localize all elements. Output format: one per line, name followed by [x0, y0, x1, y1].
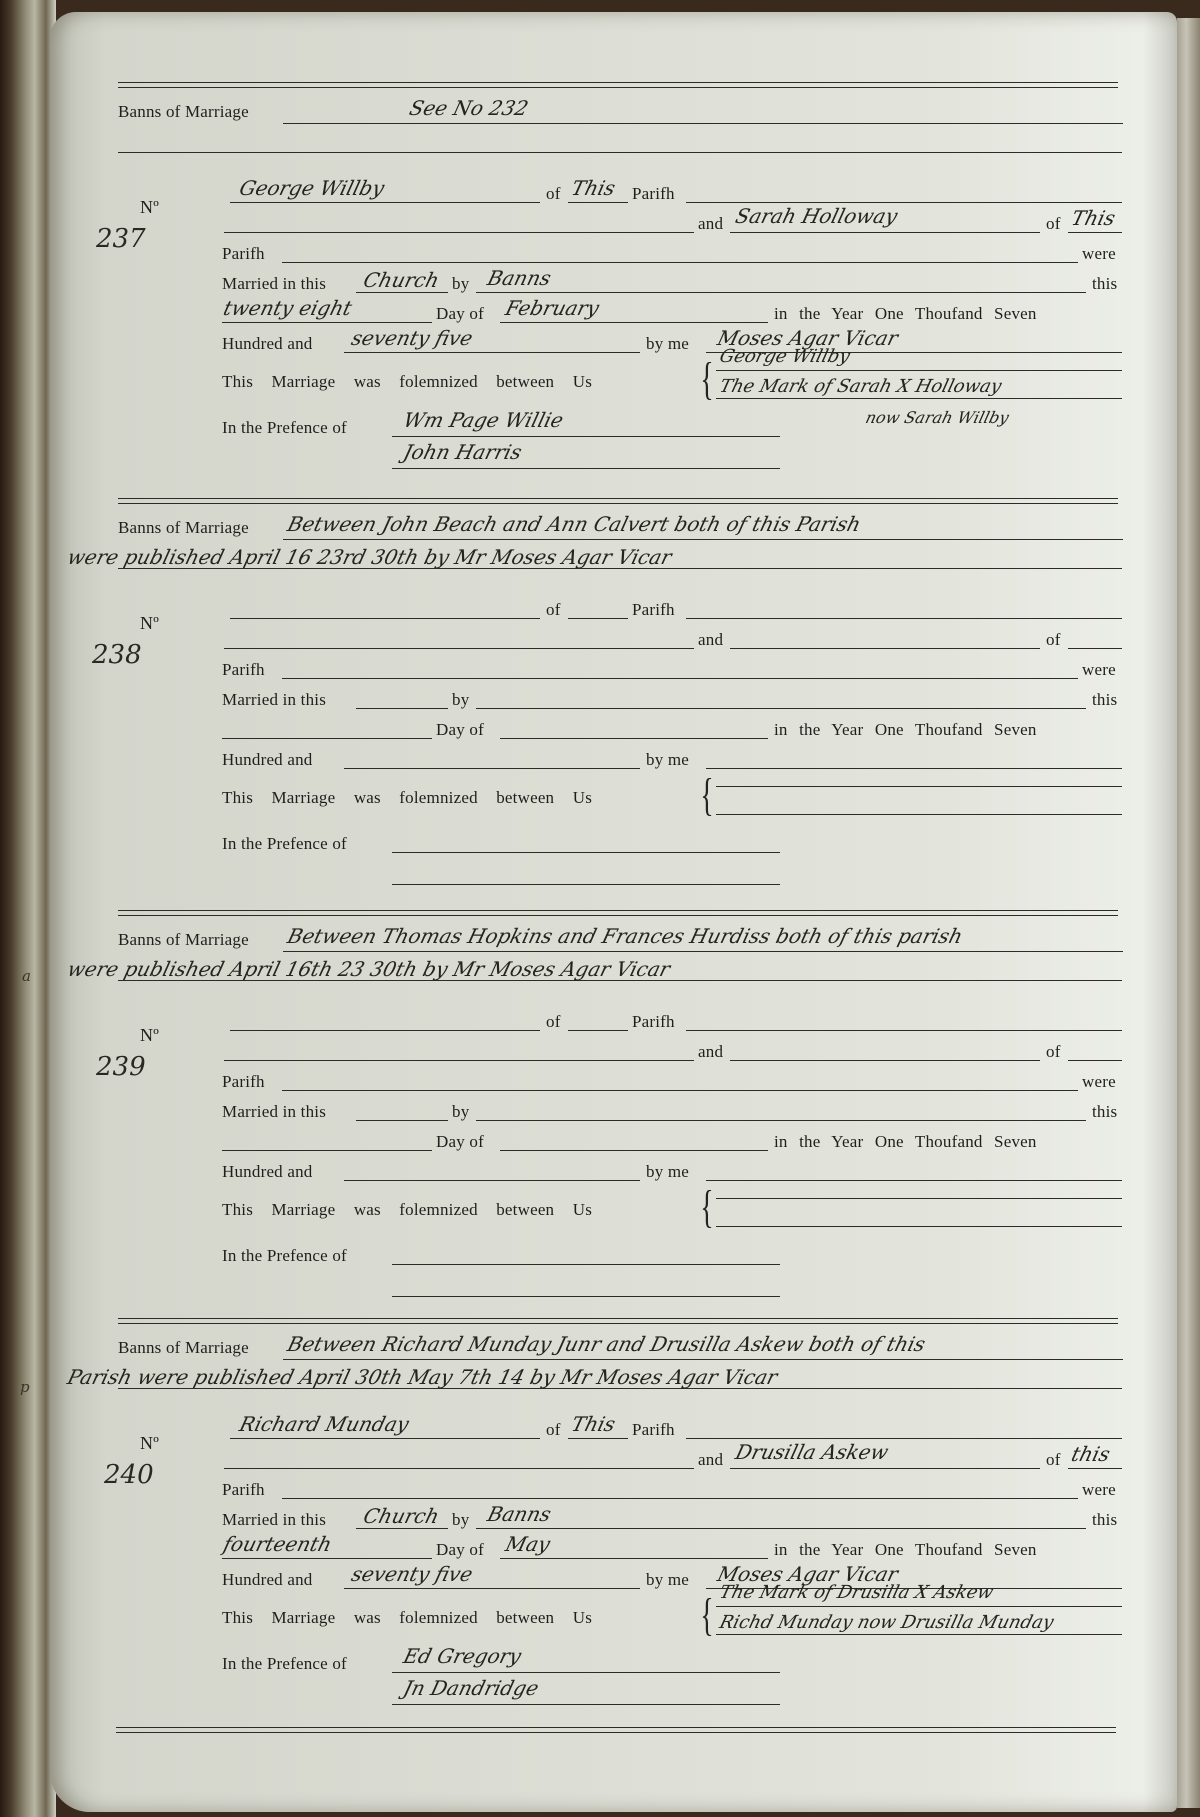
and-label: and — [698, 1450, 723, 1470]
entry-top-rule — [118, 910, 1118, 916]
of-label: of — [546, 1420, 561, 1440]
entry-number: 237 — [96, 224, 146, 254]
parish-label: Parifh — [632, 184, 675, 204]
married-in-line — [356, 708, 448, 709]
number-label: Nº — [140, 1025, 159, 1046]
by-label: by — [452, 1510, 469, 1530]
by-line — [476, 1120, 1086, 1121]
year-line — [344, 352, 640, 353]
month-line — [500, 1558, 768, 1559]
officiant-line — [706, 768, 1122, 769]
married-in-value[interactable]: Church — [361, 1504, 442, 1528]
banns-line-2 — [118, 152, 1122, 153]
witness-1[interactable]: Wm Page Willie — [401, 408, 566, 432]
year-label: in the Year One Thoufand Seven — [774, 1540, 1037, 1560]
entry-number: 239 — [96, 1052, 146, 1082]
by-label: by — [452, 1102, 469, 1122]
year-value[interactable]: seventy five — [349, 326, 475, 350]
by-label: by — [452, 274, 469, 294]
signature-line-2 — [716, 1634, 1122, 1635]
year-line — [344, 1180, 640, 1181]
bride-line — [730, 1060, 1040, 1061]
married-in-line — [356, 1528, 448, 1529]
bride-parish[interactable]: This — [1069, 206, 1118, 230]
signature-1[interactable]: George Willby — [717, 346, 852, 367]
groom-line-end — [686, 1438, 1122, 1439]
parish-label: Parifh — [222, 1072, 265, 1092]
groom-line — [230, 1438, 540, 1439]
this-label: this — [1092, 274, 1117, 294]
year-label: in the Year One Thoufand Seven — [774, 720, 1037, 740]
by-me-label: by me — [646, 1162, 689, 1182]
banns-note[interactable]: Between John Beach and Ann Calvert both … — [285, 512, 863, 536]
day-line — [222, 738, 432, 739]
groom-name[interactable]: Richard Munday — [237, 1412, 411, 1436]
groom-parish-line — [568, 1030, 628, 1031]
signature-line-1 — [716, 1606, 1122, 1607]
witness-line-2 — [392, 468, 780, 469]
banns-note-line2[interactable]: were published April 16th 23 30th by Mr … — [65, 957, 673, 981]
banns-line — [283, 1359, 1123, 1360]
day-of-label: Day of — [436, 1540, 484, 1560]
hundred-label: Hundred and — [222, 1162, 312, 1182]
of-label: of — [546, 1012, 561, 1032]
banns-label: Banns of Marriage — [118, 1338, 249, 1358]
married-in-line — [356, 292, 448, 293]
brace-symbol: { — [700, 772, 713, 818]
parish-label: Parifh — [222, 244, 265, 264]
groom-parish-line — [568, 618, 628, 619]
year-value[interactable]: seventy five — [349, 1562, 475, 1586]
banns-note[interactable]: Between Richard Munday Junr and Drusilla… — [285, 1332, 928, 1356]
married-label: Married in this — [222, 274, 326, 294]
solemnized-label: This Marriage was folemnized between Us — [222, 788, 592, 808]
witness-line-2 — [392, 1296, 780, 1297]
number-label: Nº — [140, 613, 159, 634]
bride-name[interactable]: Drusilla Askew — [733, 1440, 891, 1464]
banns-label: Banns of Marriage — [118, 518, 249, 538]
married-in-value[interactable]: Church — [361, 268, 442, 292]
by-label: by — [452, 690, 469, 710]
by-line — [476, 292, 1086, 293]
bride-parish[interactable]: this — [1069, 1442, 1113, 1466]
parish-label: Parifh — [222, 660, 265, 680]
presence-label: In the Prefence of — [222, 418, 347, 438]
parish-label: Parifh — [632, 600, 675, 620]
year-label: in the Year One Thoufand Seven — [774, 1132, 1037, 1152]
parish-label: Parifh — [222, 1480, 265, 1500]
banns-line — [283, 951, 1123, 952]
groom-line — [230, 618, 540, 619]
signature-line-1 — [716, 1198, 1122, 1199]
by-me-label: by me — [646, 1570, 689, 1590]
day-line — [222, 1558, 432, 1559]
groom-line-end — [686, 202, 1122, 203]
year-line — [344, 768, 640, 769]
presence-label: In the Prefence of — [222, 834, 347, 854]
signature-line-2 — [716, 814, 1122, 815]
entry-top-rule — [118, 498, 1118, 504]
year-line — [344, 1588, 640, 1589]
signature-note[interactable]: now Sarah Willby — [864, 408, 1011, 427]
of-label: of — [546, 184, 561, 204]
parish-line — [282, 1498, 1078, 1499]
bride-line — [730, 232, 1040, 233]
by-value[interactable]: Banns — [485, 1502, 554, 1526]
by-line — [476, 708, 1086, 709]
witness-line-2 — [392, 1704, 780, 1705]
and-label: and — [698, 630, 723, 650]
bride-parish-line — [1068, 232, 1122, 233]
witness-line-1 — [392, 852, 780, 853]
were-label: were — [1082, 660, 1116, 680]
bride-parish-line — [1068, 1468, 1122, 1469]
month-value[interactable]: February — [503, 296, 602, 320]
margin-mark: a — [22, 967, 31, 985]
by-line — [476, 1528, 1086, 1529]
day-value[interactable]: twenty eight — [221, 296, 355, 320]
groom-line-end — [686, 1030, 1122, 1031]
banns-note[interactable]: See No 232 — [407, 96, 531, 120]
married-label: Married in this — [222, 1102, 326, 1122]
by-me-label: by me — [646, 750, 689, 770]
presence-label: In the Prefence of — [222, 1246, 347, 1266]
of-label: of — [1046, 1450, 1061, 1470]
entry-number: 238 — [92, 640, 142, 670]
day-of-label: Day of — [436, 720, 484, 740]
bride-parish-line — [1068, 648, 1122, 649]
solemnized-label: This Marriage was folemnized between Us — [222, 372, 592, 392]
groom-line — [230, 202, 540, 203]
parish-line — [282, 1090, 1078, 1091]
parish-label: Parifh — [632, 1420, 675, 1440]
bride-line — [730, 648, 1040, 649]
this-label: this — [1092, 1510, 1117, 1530]
entry-top-rule — [118, 82, 1118, 88]
bride-name[interactable]: Sarah Holloway — [733, 204, 900, 228]
brace-symbol: { — [700, 1592, 713, 1638]
day-of-label: Day of — [436, 304, 484, 324]
of-label: of — [1046, 630, 1061, 650]
solemnized-label: This Marriage was folemnized between Us — [222, 1608, 592, 1628]
signature-line-1 — [716, 370, 1122, 371]
parish-label: Parifh — [632, 1012, 675, 1032]
banns-note-line2[interactable]: Parish were published April 30th May 7th… — [65, 1365, 780, 1389]
were-label: were — [1082, 1072, 1116, 1092]
bride-leading-line — [224, 1060, 694, 1061]
by-me-label: by me — [646, 334, 689, 354]
entry-number: 240 — [104, 1460, 154, 1490]
next-leaf-edge — [1177, 18, 1200, 1808]
bride-line — [730, 1468, 1040, 1469]
hundred-label: Hundred and — [222, 334, 312, 354]
signature-2[interactable]: Richd Munday now Drusilla Munday — [717, 1612, 1055, 1633]
bride-leading-line — [224, 1468, 694, 1469]
witness-line-1 — [392, 436, 780, 437]
month-line — [500, 1150, 768, 1151]
groom-name[interactable]: George Willby — [237, 176, 387, 200]
witness-line-1 — [392, 1672, 780, 1673]
witness-line-1 — [392, 1264, 780, 1265]
witness-line-2 — [392, 884, 780, 885]
book-spine — [0, 0, 56, 1817]
month-line — [500, 322, 768, 323]
bride-leading-line — [224, 232, 694, 233]
margin-mark: p — [20, 1378, 30, 1396]
this-label: this — [1092, 1102, 1117, 1122]
banns-note-line2[interactable]: were published April 16 23rd 30th by Mr … — [65, 545, 674, 569]
day-value[interactable]: fourteenth — [221, 1532, 334, 1556]
of-label: of — [1046, 1042, 1061, 1062]
page-bottom-rule — [116, 1727, 1116, 1733]
groom-parish-line — [568, 1438, 628, 1439]
married-label: Married in this — [222, 1510, 326, 1530]
witness-2[interactable]: Jn Dandridge — [401, 1676, 541, 1700]
hundred-label: Hundred and — [222, 1570, 312, 1590]
presence-label: In the Prefence of — [222, 1654, 347, 1674]
of-label: of — [1046, 214, 1061, 234]
banns-label: Banns of Marriage — [118, 102, 249, 122]
banns-label: Banns of Marriage — [118, 930, 249, 950]
groom-parish[interactable]: This — [569, 176, 618, 200]
signature-1[interactable]: The Mark of Drusilla X Askew — [717, 1582, 995, 1603]
signature-line-2 — [716, 1226, 1122, 1227]
bride-parish-line — [1068, 1060, 1122, 1061]
brace-symbol: { — [700, 356, 713, 402]
bride-leading-line — [224, 648, 694, 649]
groom-line — [230, 1030, 540, 1031]
day-of-label: Day of — [436, 1132, 484, 1152]
banns-note[interactable]: Between Thomas Hopkins and Frances Hurdi… — [285, 924, 965, 948]
witness-1[interactable]: Ed Gregory — [401, 1644, 524, 1668]
and-label: and — [698, 214, 723, 234]
banns-line — [283, 539, 1123, 540]
hundred-label: Hundred and — [222, 750, 312, 770]
month-line — [500, 738, 768, 739]
year-label: in the Year One Thoufand Seven — [774, 304, 1037, 324]
signature-2[interactable]: The Mark of Sarah X Holloway — [717, 376, 1003, 397]
month-value[interactable]: May — [503, 1532, 553, 1556]
signature-line-2 — [716, 398, 1122, 399]
groom-parish-line — [568, 202, 628, 203]
number-label: Nº — [140, 1433, 159, 1454]
banns-line — [283, 123, 1123, 124]
by-value[interactable]: Banns — [485, 266, 554, 290]
married-label: Married in this — [222, 690, 326, 710]
and-label: and — [698, 1042, 723, 1062]
officiant-line — [706, 1180, 1122, 1181]
brace-symbol: { — [700, 1184, 713, 1230]
day-line — [222, 1150, 432, 1151]
groom-parish[interactable]: This — [569, 1412, 618, 1436]
parish-line — [282, 678, 1078, 679]
signature-line-1 — [716, 786, 1122, 787]
of-label: of — [546, 600, 561, 620]
were-label: were — [1082, 1480, 1116, 1500]
entry-top-rule — [118, 1318, 1118, 1324]
witness-2[interactable]: John Harris — [401, 440, 524, 464]
groom-line-end — [686, 618, 1122, 619]
were-label: were — [1082, 244, 1116, 264]
day-line — [222, 322, 432, 323]
number-label: Nº — [140, 197, 159, 218]
parish-line — [282, 262, 1078, 263]
solemnized-label: This Marriage was folemnized between Us — [222, 1200, 592, 1220]
this-label: this — [1092, 690, 1117, 710]
married-in-line — [356, 1120, 448, 1121]
